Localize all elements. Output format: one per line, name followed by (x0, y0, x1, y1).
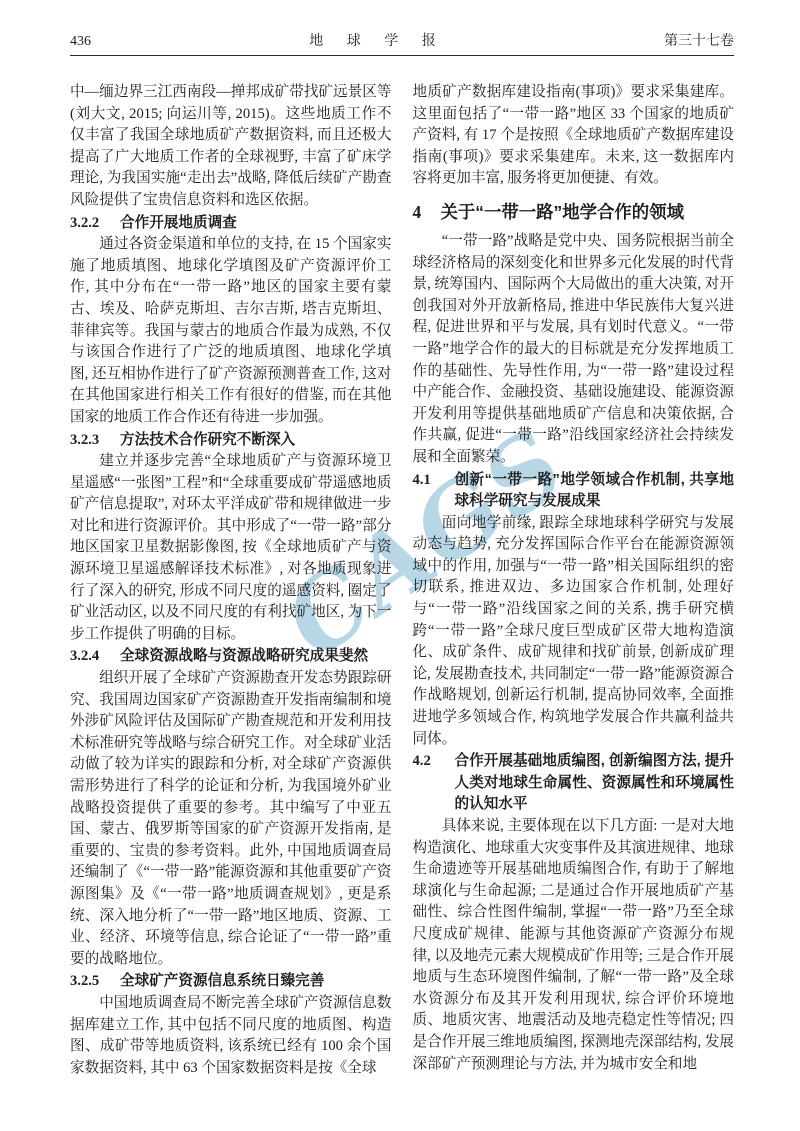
section-heading-3-2-3: 3.2.3 方法技术合作研究不断深入 (70, 430, 392, 452)
page-number: 436 (70, 34, 91, 50)
chapter-title: 关于“一带一路”地学合作的领域 (441, 200, 684, 224)
section-title: 全球资源战略与资源战略研究成果斐然 (120, 646, 392, 668)
section-number: 4.1 (413, 470, 455, 513)
section-title: 全球矿产资源信息系统日臻完善 (120, 971, 392, 993)
section-number: 3.2.3 (70, 430, 120, 452)
journal-page: CAGS 436 地 球 学 报 第三十七卷 中—缅边界三江西南段—掸邦成矿带找… (0, 0, 800, 1131)
section-paragraph: 面向地学前缘, 跟踪全球地球科学研究与发展动态与趋势, 充分发挥国际合作平台在能… (413, 513, 735, 751)
paragraph-continuation: 地质矿产数据库建设指南(事项)》要求采集建库。这里面包括了“一带一路”地区 33… (413, 82, 735, 190)
section-paragraph: 具体来说, 主要体现在以下几方面: 一是对大地构造演化、地球重大灾变事件及其演进… (413, 816, 735, 1075)
section-title: 合作开展地质调查 (120, 213, 392, 235)
chapter-heading-4: 4 关于“一带一路”地学合作的领域 (413, 200, 735, 224)
section-heading-4-2: 4.2 合作开展基础地质编图, 创新编图方法, 提升人类对地球生命属性、资源属性… (413, 751, 735, 816)
section-heading-4-1: 4.1 创新“一带一路”地学领域合作机制, 共享地球科学研究与发展成果 (413, 470, 735, 513)
journal-title: 地 球 学 报 (309, 30, 446, 50)
section-title: 创新“一带一路”地学领域合作机制, 共享地球科学研究与发展成果 (455, 470, 735, 513)
page-header: 436 地 球 学 报 第三十七卷 (70, 30, 734, 56)
right-column: 地质矿产数据库建设指南(事项)》要求采集建库。这里面包括了“一带一路”地区 33… (413, 82, 735, 1079)
section-paragraph: 通过各资金渠道和单位的支持, 在 15 个国家实施了地质填图、地球化学填图及矿产… (70, 234, 392, 428)
section-paragraph: 组织开展了全球矿产资源勘查开发态势跟踪研究、我国周边国家矿产资源勘查开发指南编制… (70, 668, 392, 970)
paragraph-continuation: 中—缅边界三江西南段—掸邦成矿带找矿远景区等(刘大文, 2015; 向运川等, … (70, 82, 392, 212)
volume-label: 第三十七卷 (664, 30, 734, 50)
section-heading-3-2-5: 3.2.5 全球矿产资源信息系统日臻完善 (70, 971, 392, 993)
left-column: 中—缅边界三江西南段—掸邦成矿带找矿远景区等(刘大文, 2015; 向运川等, … (70, 82, 392, 1079)
section-paragraph: 中国地质调查局不断完善全球矿产资源信息数据库建立工作, 其中包括不同尺度的地质图… (70, 993, 392, 1079)
chapter-number: 4 (413, 200, 441, 224)
chapter-paragraph: “一带一路”战略是党中央、国务院根据当前全球经济格局的深刻变化和世界多元化发展的… (413, 231, 735, 469)
section-paragraph: 建立并逐步完善“全球地质矿产与资源环境卫星遥感“一张图”工程”和“全球重要成矿带… (70, 451, 392, 645)
section-title: 合作开展基础地质编图, 创新编图方法, 提升人类对地球生命属性、资源属性和环境属… (455, 751, 735, 816)
section-number: 3.2.2 (70, 213, 120, 235)
section-number: 3.2.4 (70, 646, 120, 668)
section-number: 4.2 (413, 751, 455, 816)
article-body: 中—缅边界三江西南段—掸邦成矿带找矿远景区等(刘大文, 2015; 向运川等, … (70, 82, 734, 1079)
section-heading-3-2-2: 3.2.2 合作开展地质调查 (70, 213, 392, 235)
section-title: 方法技术合作研究不断深入 (120, 430, 392, 452)
section-heading-3-2-4: 3.2.4 全球资源战略与资源战略研究成果斐然 (70, 646, 392, 668)
section-number: 3.2.5 (70, 971, 120, 993)
